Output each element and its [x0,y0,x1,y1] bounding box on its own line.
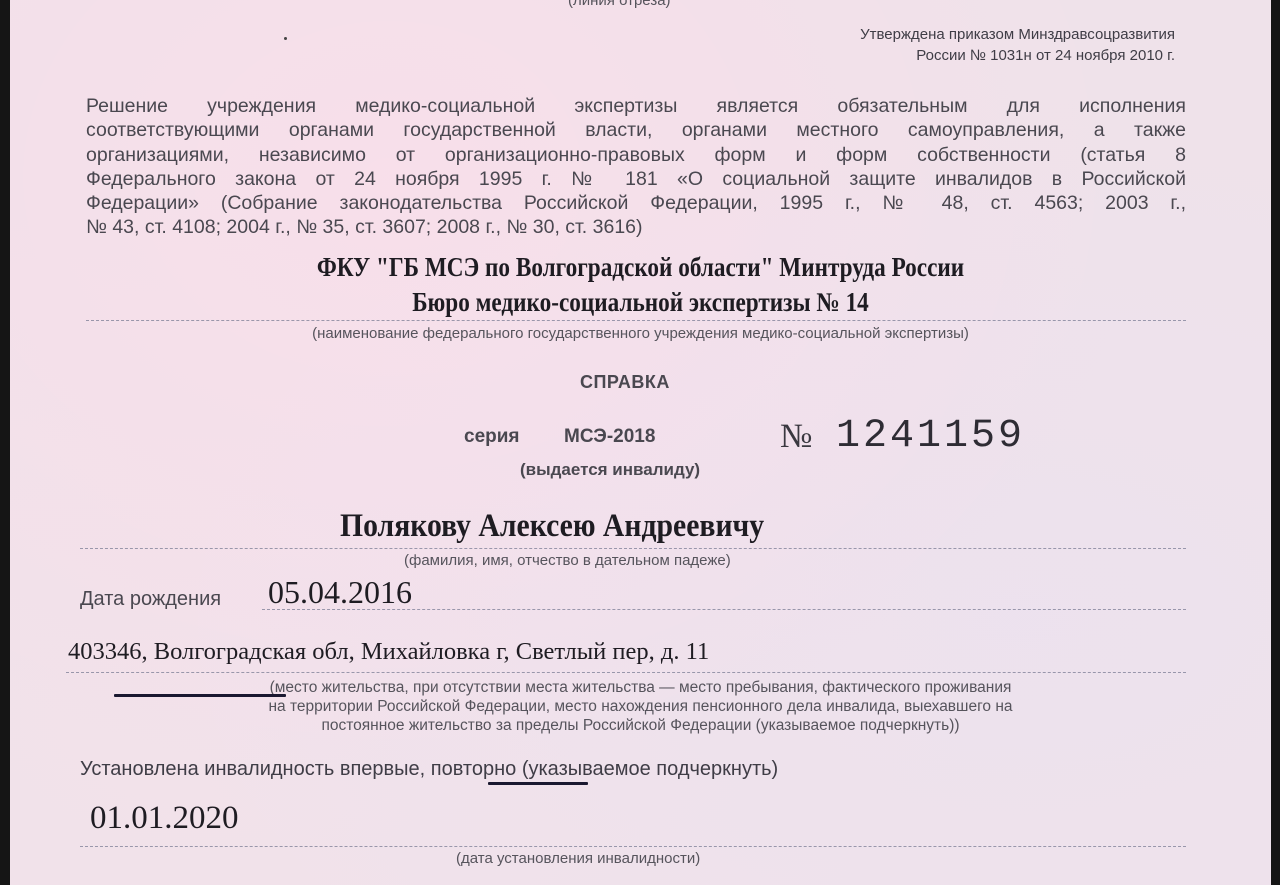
legal-notice: Решение учреждения медико-социальной экс… [86,94,1186,240]
name-caption: (фамилия, имя, отчество в дательном паде… [404,552,731,569]
legal-line: Федерального закона от 24 ноября 1995 г.… [86,167,1186,191]
issued-to-note: (выдается инвалиду) [520,460,700,480]
ink-speck [284,37,287,40]
address-caption-line: постоянное жительство за пределы Российс… [10,716,1271,735]
recipient-full-name: Полякову Алексею Андреевичу [340,508,764,545]
approval-line-2: России № 1031н от 24 ноября 2010 г. [860,45,1175,66]
disability-option-underline [488,782,588,785]
number-sign: № [780,418,812,456]
address-option-underline [114,694,286,697]
certificate-number: 1241159 [836,414,1025,459]
disability-date: 01.01.2020 [90,800,239,837]
approval-line-1: Утверждена приказом Минздравсоцразвития [860,24,1175,45]
dob-label: Дата рождения [80,588,221,611]
disability-date-rule [80,846,1186,847]
disability-statement: Установлена инвалидность впервые, повтор… [80,758,778,781]
scan-border-right [1271,0,1280,885]
organization-caption: (наименование федерального государственн… [10,325,1271,342]
certificate-page: (линия отреза) Утверждена приказом Минзд… [10,0,1271,885]
certificate-title: СПРАВКА [580,372,670,393]
name-rule [80,548,1186,549]
recipient-address: 403346, Волгоградская обл, Михайловка г,… [68,638,709,666]
scan-border-left [0,0,10,885]
address-caption-line: на территории Российской Федерации, мест… [10,697,1271,716]
legal-line: Федерации» (Собрание законодательства Ро… [86,191,1186,215]
legal-line: Решение учреждения медико-социальной экс… [86,94,1186,118]
dob-value: 05.04.2016 [268,574,412,611]
series-label: серия [464,426,520,448]
legal-line: № 43, ст. 4108; 2004 г., № 35, ст. 3607;… [86,215,1186,239]
approval-note: Утверждена приказом Минздравсоцразвития … [860,24,1175,66]
cut-line-label: (линия отреза) [568,0,671,9]
organization-rule [86,320,1186,321]
bureau-name: Бюро медико-социальной экспертизы № 14 [98,287,1182,318]
legal-line: соответствующими органами государственно… [86,118,1186,142]
dob-rule [262,609,1186,610]
organization-name: ФКУ "ГБ МСЭ по Волгоградской области" Ми… [98,252,1182,283]
address-rule [66,672,1186,673]
disability-date-caption: (дата установления инвалидности) [456,850,700,867]
series-value: МСЭ-2018 [564,426,655,448]
legal-line: организациями, независимо от организацио… [86,143,1186,167]
